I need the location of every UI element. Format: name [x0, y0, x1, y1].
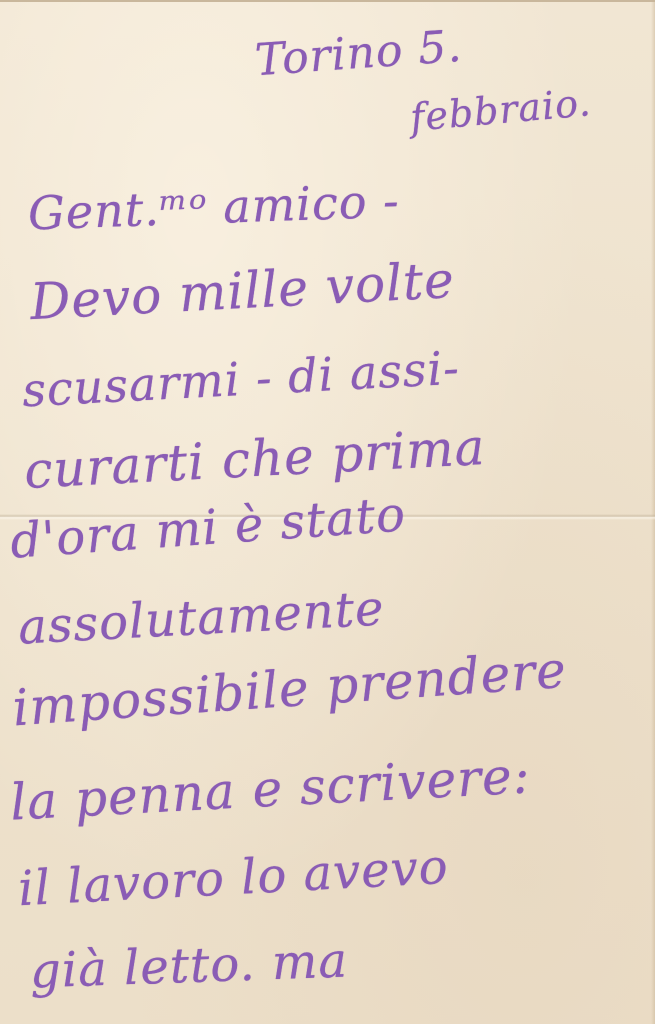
body-line: già letto. ma [29, 932, 349, 999]
body-line: Devo mille volte [29, 251, 456, 331]
salutation: Gent.ᵐᵒ amico - [27, 174, 400, 241]
body-line: impossibile prendere [11, 641, 569, 738]
body-line: scusarmi - di assi- [21, 341, 461, 418]
date-place-day: Torino 5. [253, 21, 463, 86]
body-line: assolutamente [17, 580, 386, 655]
paper-top-edge [0, 0, 655, 2]
date-month: febbraio. [408, 80, 593, 140]
body-line: il lavoro lo avevo [17, 839, 450, 917]
letter-page: Torino 5. febbraio. Gent.ᵐᵒ amico - Devo… [0, 0, 655, 1024]
body-line: curarti che prima [23, 418, 487, 500]
paper-right-edge [651, 0, 655, 1024]
body-line: la penna e scrivere: [9, 746, 532, 831]
body-line: d'ora mi è stato [9, 486, 408, 569]
